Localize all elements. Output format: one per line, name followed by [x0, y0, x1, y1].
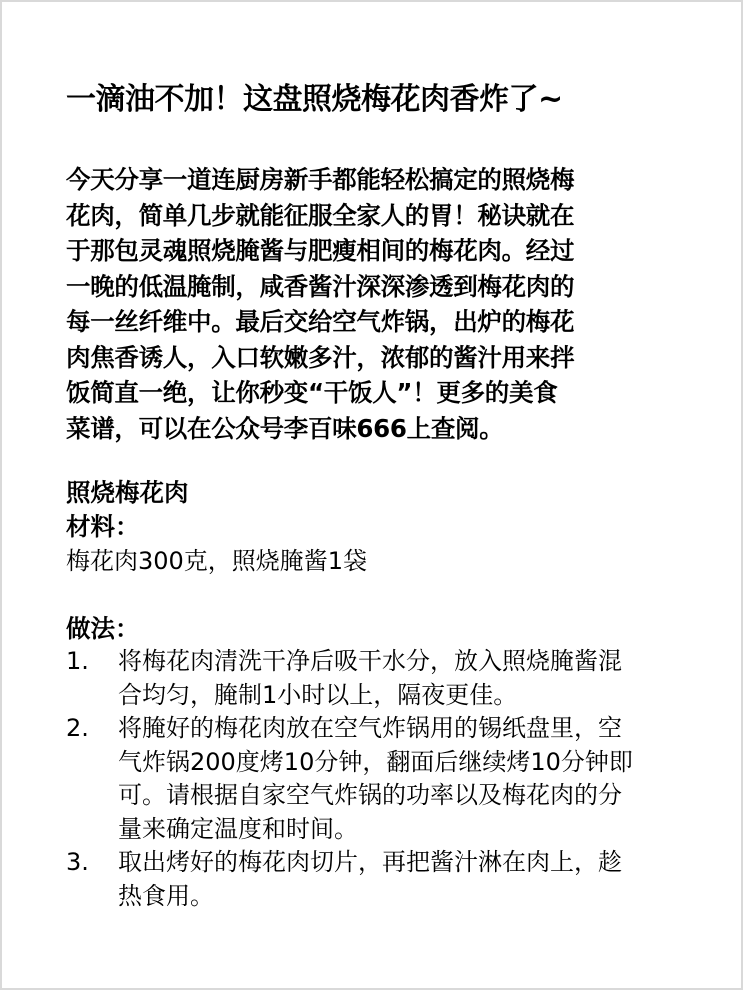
intro-line: 肉焦香诱人，入口软嫩多汁，浓郁的酱汁用来拌 [66, 340, 678, 376]
step-text: 取出烤好的梅花肉切片，再把酱汁淋在肉上，趁 热食用。 [118, 846, 622, 913]
intro-line: 于那包灵魂照烧腌酱与肥瘦相间的梅花肉。经过 [66, 233, 678, 269]
intro-line: 花肉，简单几步就能征服全家人的胃！秘诀就在 [66, 198, 678, 234]
step-line: 将腌好的梅花肉放在空气炸锅用的锡纸盘里，空 [118, 712, 633, 746]
step-line: 可。请根据自家空气炸锅的功率以及梅花肉的分 [118, 779, 633, 813]
steps-list: 1. 将梅花肉清洗干净后吸干水分，放入照烧腌酱混 合均匀，腌制1小时以上，隔夜更… [66, 645, 696, 913]
materials-label: 材料： [66, 510, 140, 544]
page-title: 一滴油不加！这盘照烧梅花肉香炸了~ [66, 80, 563, 120]
method-label: 做法： [66, 612, 140, 646]
intro-line: 一晚的低温腌制，咸香酱汁深深渗透到梅花肉的 [66, 269, 678, 305]
step-number: 2. [66, 712, 118, 846]
intro-line: 饭简直一绝，让你秒变“干饭人”！更多的美食 [66, 375, 678, 411]
step-item: 1. 将梅花肉清洗干净后吸干水分，放入照烧腌酱混 合均匀，腌制1小时以上，隔夜更… [66, 645, 696, 712]
materials-text: 梅花肉300克，照烧腌酱1袋 [66, 544, 367, 578]
intro-line: 每一丝纤维中。最后交给空气炸锅，出炉的梅花 [66, 304, 678, 340]
step-text: 将梅花肉清洗干净后吸干水分，放入照烧腌酱混 合均匀，腌制1小时以上，隔夜更佳。 [118, 645, 622, 712]
document-page: 一滴油不加！这盘照烧梅花肉香炸了~ 今天分享一道连厨房新手都能轻松搞定的照烧梅 … [2, 2, 741, 988]
intro-paragraph: 今天分享一道连厨房新手都能轻松搞定的照烧梅 花肉，简单几步就能征服全家人的胃！秘… [66, 162, 678, 446]
step-line: 合均匀，腌制1小时以上，隔夜更佳。 [118, 679, 622, 713]
step-number: 1. [66, 645, 118, 712]
step-line: 热食用。 [118, 880, 622, 914]
step-item: 3. 取出烤好的梅花肉切片，再把酱汁淋在肉上，趁 热食用。 [66, 846, 696, 913]
recipe-name-heading: 照烧梅花肉 [66, 476, 189, 510]
step-line: 量来确定温度和时间。 [118, 813, 633, 847]
intro-line: 菜谱，可以在公众号李百味666上查阅。 [66, 411, 678, 447]
step-number: 3. [66, 846, 118, 913]
step-line: 取出烤好的梅花肉切片，再把酱汁淋在肉上，趁 [118, 846, 622, 880]
step-line: 将梅花肉清洗干净后吸干水分，放入照烧腌酱混 [118, 645, 622, 679]
intro-line: 今天分享一道连厨房新手都能轻松搞定的照烧梅 [66, 162, 678, 198]
step-text: 将腌好的梅花肉放在空气炸锅用的锡纸盘里，空 气炸锅200度烤10分钟，翻面后继续… [118, 712, 633, 846]
step-item: 2. 将腌好的梅花肉放在空气炸锅用的锡纸盘里，空 气炸锅200度烤10分钟，翻面… [66, 712, 696, 846]
step-line: 气炸锅200度烤10分钟，翻面后继续烤10分钟即 [118, 746, 633, 780]
